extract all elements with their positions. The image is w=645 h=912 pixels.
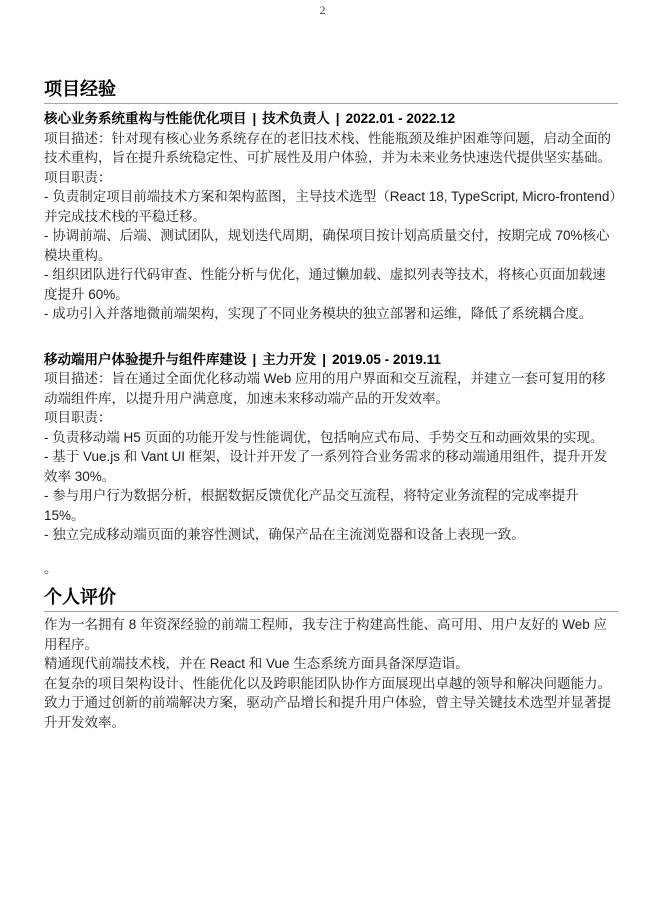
project-name: 核心业务系统重构与性能优化项目: [44, 111, 247, 126]
project-period: 2019.05 - 2019.11: [332, 352, 441, 367]
project-description: 项目描述：旨在通过全面优化移动端 Web 应用的用户界面和交互流程，并建立一套可…: [44, 369, 618, 408]
section-personal-evaluation: 个人评价 作为一名拥有 8 年资深经验的前端工程师，我专注于构建高性能、高可用、…: [44, 587, 618, 732]
resume-page-2: 2 项目经验 核心业务系统重构与性能优化项目|技术负责人|2022.01 - 2…: [0, 0, 645, 912]
duties-label: 项目职责：: [44, 408, 618, 428]
duty-item: - 负责移动端 H5 页面的功能开发与性能调优，包括响应式布局、手势交互和动画效…: [44, 428, 618, 448]
section-heading-project-experience: 项目经验: [44, 79, 618, 104]
project-title-line: 移动端用户体验提升与组件库建设|主力开发|2019.05 - 2019.11: [44, 350, 618, 370]
description-text: 针对现有核心业务系统存在的老旧技术栈、性能瓶颈及维护困难等问题，启动全面的技术重…: [44, 131, 611, 166]
duty-item: - 基于 Vue.js 和 Vant UI 框架，设计并开发了一系列符合业务需求…: [44, 447, 618, 486]
section-project-experience: 项目经验 核心业务系统重构与性能优化项目|技术负责人|2022.01 - 202…: [44, 79, 618, 578]
project-role: 技术负责人: [262, 111, 330, 126]
duty-item: - 独立完成移动端页面的兼容性测试，确保产品在主流浏览器和设备上表现一致。: [44, 525, 618, 545]
project-entry: 移动端用户体验提升与组件库建设|主力开发|2019.05 - 2019.11 项…: [44, 350, 618, 545]
duty-item: - 组织团队进行代码审查、性能分析与优化，通过懒加载、虚拟列表等技术，将核心页面…: [44, 265, 618, 304]
description-label: 项目描述：: [44, 371, 112, 386]
separator-pipe: |: [330, 111, 346, 126]
evaluation-paragraph: 致力于通过创新的前端解决方案，驱动产品增长和提升用户体验，曾主导关键技术选型并显…: [44, 693, 618, 732]
description-text: 旨在通过全面优化移动端 Web 应用的用户界面和交互流程，并建立一套可复用的移动…: [44, 371, 606, 406]
evaluation-paragraph: 作为一名拥有 8 年资深经验的前端工程师，我专注于构建高性能、高可用、用户友好的…: [44, 615, 618, 654]
page-number: 2: [0, 0, 645, 18]
project-title-line: 核心业务系统重构与性能优化项目|技术负责人|2022.01 - 2022.12: [44, 109, 618, 129]
separator-pipe: |: [316, 352, 332, 367]
evaluation-paragraph: 精通现代前端技术栈，并在 React 和 Vue 生态系统方面具备深厚造诣。: [44, 654, 618, 674]
project-description: 项目描述：针对现有核心业务系统存在的老旧技术栈、性能瓶颈及维护困难等问题，启动全…: [44, 129, 618, 168]
project-role: 主力开发: [262, 352, 316, 367]
project-name: 移动端用户体验提升与组件库建设: [44, 352, 247, 367]
duty-item: - 成功引入并落地微前端架构，实现了不同业务模块的独立部署和运维，降低了系统耦合…: [44, 304, 618, 324]
section-heading-personal-evaluation: 个人评价: [44, 587, 618, 612]
separator-pipe: |: [247, 352, 263, 367]
evaluation-paragraph: 在复杂的项目架构设计、性能优化以及跨职能团队协作方面展现出卓越的领导和解决问题能…: [44, 674, 618, 694]
description-label: 项目描述：: [44, 131, 112, 146]
duty-item: - 负责制定项目前端技术方案和架构蓝图，主导技术选型（React 18, Typ…: [44, 187, 618, 226]
project-entry: 核心业务系统重构与性能优化项目|技术负责人|2022.01 - 2022.12 …: [44, 109, 618, 324]
duties-label: 项目职责：: [44, 168, 618, 188]
page-content: 项目经验 核心业务系统重构与性能优化项目|技术负责人|2022.01 - 202…: [44, 79, 618, 732]
duty-item: - 协调前端、后端、测试团队，规划迭代周期，确保项目按计划高质量交付，按期完成 …: [44, 226, 618, 265]
separator-pipe: |: [247, 111, 263, 126]
trailing-period: 。: [44, 559, 618, 579]
duty-item: - 参与用户行为数据分析，根据数据反馈优化产品交互流程，将特定业务流程的完成率提…: [44, 486, 618, 525]
project-period: 2022.01 - 2022.12: [346, 111, 456, 126]
